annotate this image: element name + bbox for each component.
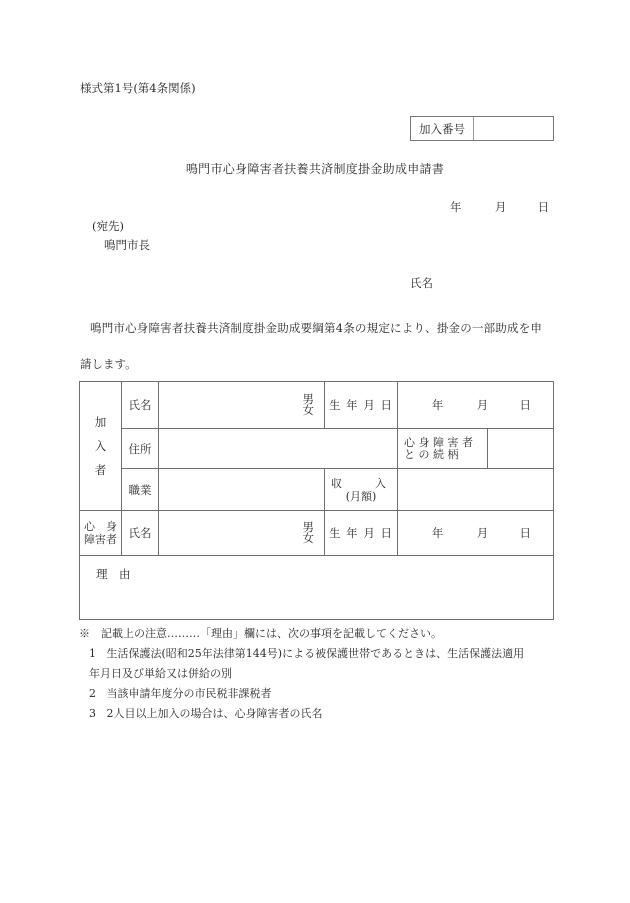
date-year: 年: [450, 199, 462, 215]
member-birthdate-field[interactable]: 年 月 日: [398, 382, 554, 429]
disabled-section-label: 心 身 障害者: [80, 511, 122, 556]
member-occupation-field[interactable]: [159, 469, 325, 511]
body-text-line2: 請します。: [80, 356, 137, 372]
disabled-name-field[interactable]: 男 女: [159, 511, 325, 556]
member-address-label: 住所: [122, 429, 159, 469]
gender-male: 男: [159, 394, 314, 405]
member-occupation-row: 職業 収 入 (月額): [80, 469, 554, 511]
addressee-name: 鳴門市長: [104, 237, 150, 253]
disabled-birthdate-field[interactable]: 年 月 日: [398, 511, 554, 556]
note-item-3: 3 2人目以上加入の場合は、心身障害者の氏名: [79, 704, 524, 724]
date-month: 月: [495, 199, 507, 215]
reason-field[interactable]: 理 由: [80, 556, 554, 620]
notes-section: ※ 記載上の注意………「理由」欄には、次の事項を記載してください。 1 生活保護…: [79, 624, 524, 724]
member-name-row: 加 入 者 氏名 男 女 生 年 月 日 年 月 日: [80, 382, 554, 429]
disabled-person-row: 心 身 障害者 氏名 男 女 生 年 月 日 年 月 日: [80, 511, 554, 556]
document-title: 鳴門市心身障害者扶養共済制度掛金助成申請書: [0, 160, 630, 177]
income-label: 収 入 (月額): [325, 469, 398, 511]
member-birthdate-label: 生 年 月 日: [325, 382, 398, 429]
membership-number-box: 加入番号: [410, 116, 554, 141]
member-occupation-label: 職業: [122, 469, 159, 511]
reason-row: 理 由: [80, 556, 554, 620]
application-date: 年 月 日: [450, 199, 549, 215]
income-field[interactable]: [398, 469, 554, 511]
date-day: 日: [538, 199, 550, 215]
gender-male: 男: [159, 522, 314, 533]
member-name-field[interactable]: 男 女: [159, 382, 325, 429]
notes-header: ※ 記載上の注意………「理由」欄には、次の事項を記載してください。: [79, 624, 524, 644]
member-address-row: 住所 心 身 障 害 者 と の 続 柄: [80, 429, 554, 469]
disabled-birthdate-label: 生 年 月 日: [325, 511, 398, 556]
note-item-1: 1 生活保護法(昭和25年法律第144号)による被保護世帯であるときは、生活保護…: [79, 644, 524, 664]
member-address-field[interactable]: [159, 429, 398, 469]
form-number-label: 様式第1号(第4条関係): [80, 80, 196, 96]
membership-number-label: 加入番号: [411, 117, 474, 140]
disabled-name-label: 氏名: [122, 511, 159, 556]
application-table: 加 入 者 氏名 男 女 生 年 月 日 年 月 日 住所 心 身 障 害 者 …: [79, 381, 554, 620]
gender-female: 女: [159, 533, 314, 544]
applicant-name-label: 氏名: [410, 275, 433, 291]
relation-label: 心 身 障 害 者 と の 続 柄: [398, 429, 488, 469]
membership-number-field[interactable]: [474, 117, 553, 140]
reason-label: 理 由: [96, 567, 131, 581]
addressee-label: (宛先): [92, 218, 124, 234]
note-item-1-cont: 年月日及び単給又は併給の別: [79, 664, 524, 684]
relation-field[interactable]: [488, 429, 554, 469]
member-name-label: 氏名: [122, 382, 159, 429]
body-text-line1: 鳴門市心身障害者扶養共済制度掛金助成要綱第4条の規定により、掛金の一部助成を申: [90, 320, 542, 336]
member-section-label: 加 入 者: [80, 382, 122, 511]
note-item-2: 2 当該申請年度分の市民税非課税者: [79, 684, 524, 704]
gender-female: 女: [159, 405, 314, 416]
